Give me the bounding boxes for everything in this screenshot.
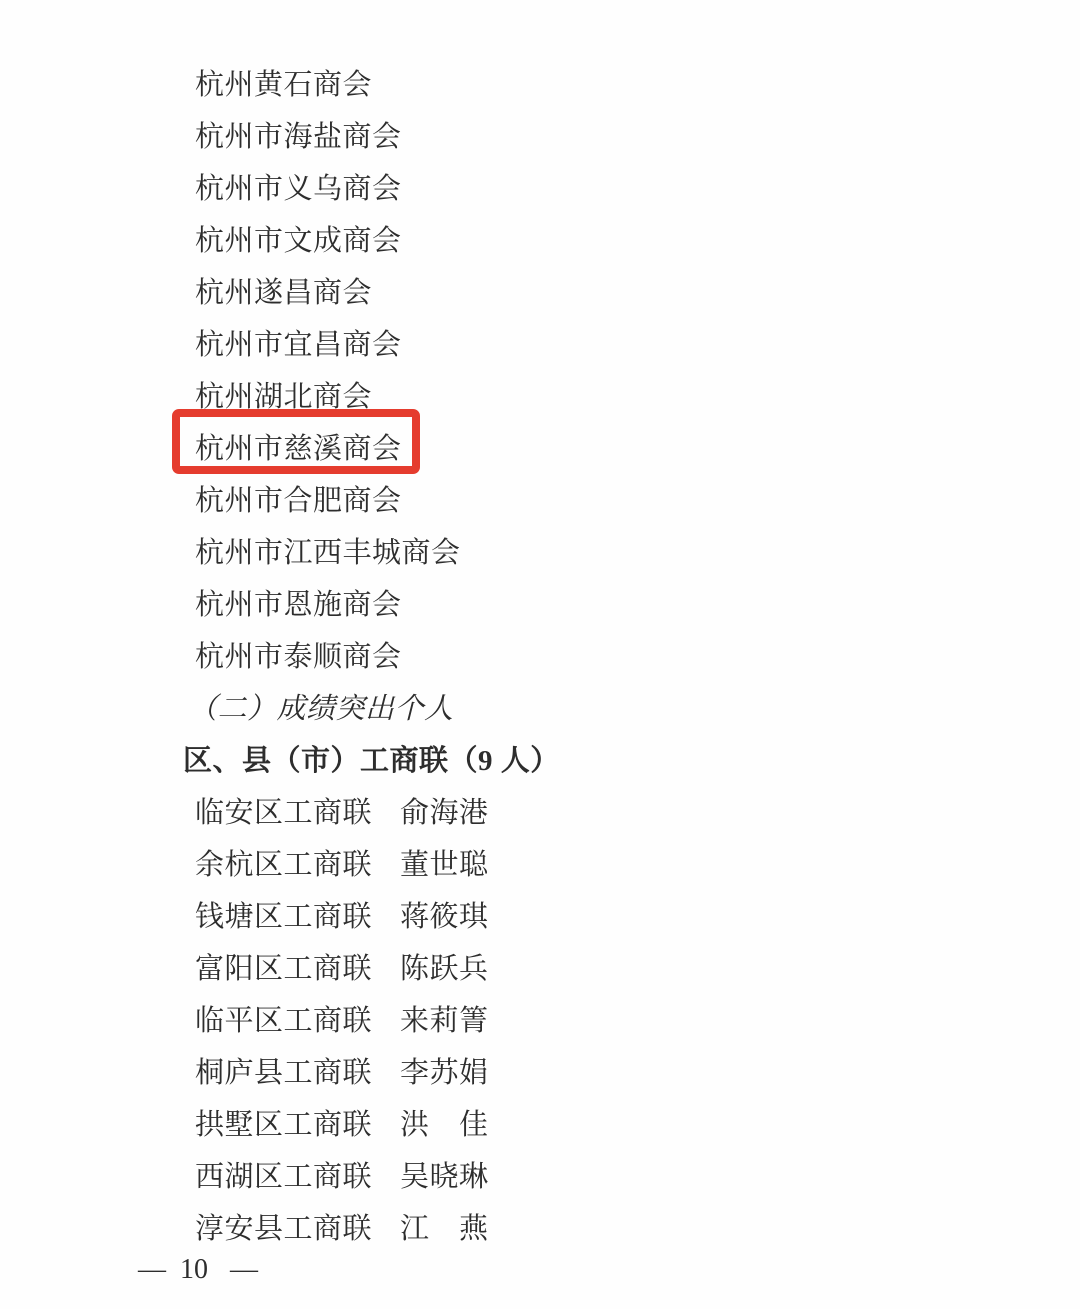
person-row: 淳安县工商联江 燕 [0, 1200, 1080, 1252]
chamber-item-label: 杭州市文成商会 [195, 218, 402, 259]
person-name: 蒋筱琪 [400, 894, 489, 935]
person-row: 余杭区工商联董世聪 [0, 836, 1080, 888]
chamber-item-highlighted: 杭州市慈溪商会 [0, 420, 1080, 472]
chamber-item-label: 杭州市海盐商会 [195, 114, 402, 155]
person-name: 董世聪 [400, 842, 489, 883]
person-row: 临安区工商联俞海港 [0, 784, 1080, 836]
group-heading: 区、县（市）工商联（9 人） [0, 732, 1080, 784]
chamber-item-label: 杭州市慈溪商会 [195, 426, 402, 467]
person-org: 淳安县工商联 [195, 1206, 400, 1247]
chamber-item-label: 杭州湖北商会 [195, 374, 372, 415]
subsection-heading-label: （二）成绩突出个人 [188, 686, 454, 727]
chamber-item: 杭州市海盐商会 [0, 108, 1080, 160]
chamber-item: 杭州湖北商会 [0, 368, 1080, 420]
person-row: 富阳区工商联陈跃兵 [0, 940, 1080, 992]
person-name: 陈跃兵 [400, 946, 489, 987]
person-row: 拱墅区工商联洪 佳 [0, 1096, 1080, 1148]
person-name: 吴晓琳 [400, 1154, 489, 1195]
person-name: 俞海港 [400, 790, 489, 831]
subsection-heading: （二）成绩突出个人 [0, 680, 1080, 732]
page-number: 10 [180, 1250, 208, 1290]
person-name: 洪 佳 [400, 1102, 489, 1143]
person-row: 桐庐县工商联李苏娟 [0, 1044, 1080, 1096]
person-org: 临安区工商联 [195, 790, 400, 831]
chamber-item: 杭州黄石商会 [0, 56, 1080, 108]
chamber-item: 杭州市合肥商会 [0, 472, 1080, 524]
chamber-item-label: 杭州市江西丰城商会 [195, 530, 461, 571]
person-org: 余杭区工商联 [195, 842, 400, 883]
person-org: 钱塘区工商联 [195, 894, 400, 935]
footer-dash-right: — [230, 1250, 258, 1290]
chamber-item: 杭州市宜昌商会 [0, 316, 1080, 368]
person-org: 临平区工商联 [195, 998, 400, 1039]
person-name: 江 燕 [400, 1206, 489, 1247]
person-org: 桐庐县工商联 [195, 1050, 400, 1091]
chamber-item-label: 杭州市义乌商会 [195, 166, 402, 207]
chamber-item: 杭州市文成商会 [0, 212, 1080, 264]
person-org: 西湖区工商联 [195, 1154, 400, 1195]
chamber-item: 杭州遂昌商会 [0, 264, 1080, 316]
person-name: 来莉箐 [400, 998, 489, 1039]
chamber-item: 杭州市泰顺商会 [0, 628, 1080, 680]
document-body: 杭州黄石商会 杭州市海盐商会 杭州市义乌商会 杭州市文成商会 杭州遂昌商会 杭州… [0, 56, 1080, 1252]
chamber-item-label: 杭州市泰顺商会 [195, 634, 402, 675]
chamber-item-label: 杭州黄石商会 [195, 62, 372, 103]
chamber-item-label: 杭州市宜昌商会 [195, 322, 402, 363]
chamber-item: 杭州市恩施商会 [0, 576, 1080, 628]
person-org: 拱墅区工商联 [195, 1102, 400, 1143]
chamber-item-label: 杭州遂昌商会 [195, 270, 372, 311]
person-row: 钱塘区工商联蒋筱琪 [0, 888, 1080, 940]
page-footer: — 10 — [138, 1250, 258, 1290]
footer-dash-left: — [138, 1250, 166, 1290]
chamber-item-label: 杭州市合肥商会 [195, 478, 402, 519]
person-name: 李苏娟 [400, 1050, 489, 1091]
person-org: 富阳区工商联 [195, 946, 400, 987]
document-page: 杭州黄石商会 杭州市海盐商会 杭州市义乌商会 杭州市文成商会 杭州遂昌商会 杭州… [0, 0, 1080, 1309]
group-heading-label: 区、县（市）工商联（9 人） [183, 738, 560, 779]
person-row: 西湖区工商联吴晓琳 [0, 1148, 1080, 1200]
person-row: 临平区工商联来莉箐 [0, 992, 1080, 1044]
chamber-item-label: 杭州市恩施商会 [195, 582, 402, 623]
chamber-item: 杭州市义乌商会 [0, 160, 1080, 212]
chamber-item: 杭州市江西丰城商会 [0, 524, 1080, 576]
